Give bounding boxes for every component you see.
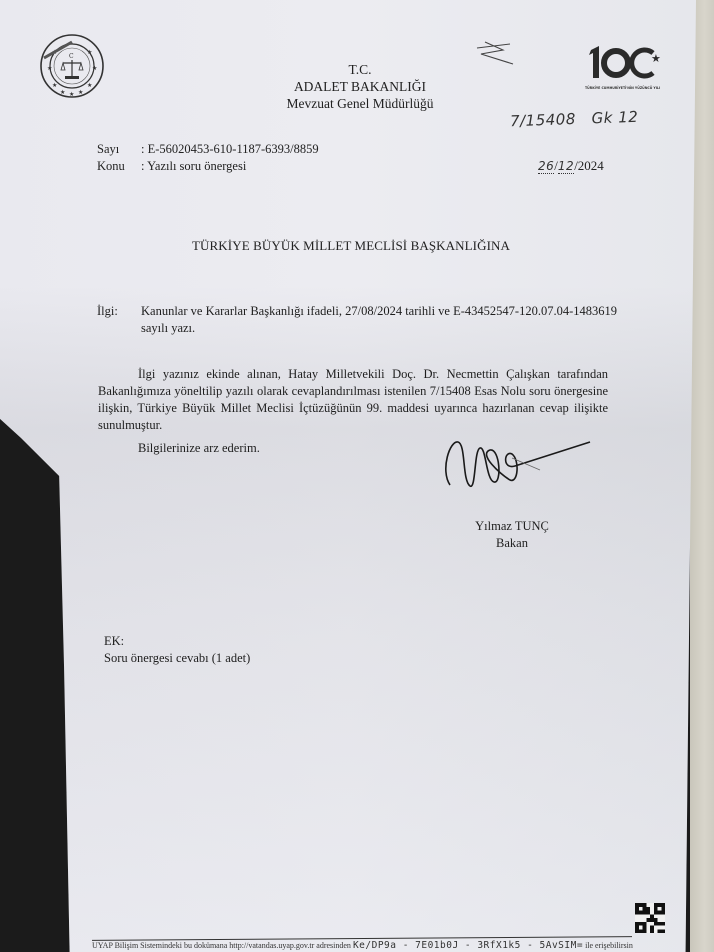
handwritten-reference: 7/15408 Gk 12 bbox=[510, 108, 639, 130]
ilgi-section: İlgi: Kanunlar ve Kararlar Başkanlığı if… bbox=[97, 303, 617, 337]
date-day: 26 bbox=[538, 159, 554, 174]
attachments-label: EK: bbox=[104, 633, 250, 650]
svg-text:★: ★ bbox=[87, 82, 92, 89]
date-year: /2024 bbox=[574, 158, 604, 173]
footer-suffix: ile erişebilirsin bbox=[585, 941, 633, 950]
date-month: 12 bbox=[558, 159, 574, 174]
svg-text:★: ★ bbox=[87, 49, 92, 56]
signatory-name: Yılmaz TUNÇ bbox=[472, 518, 552, 535]
sayi-value: : E-56020453-610-1187-6393/8859 bbox=[141, 142, 319, 156]
document-date: 26/12/2024 bbox=[538, 158, 604, 174]
handwritten-signature-icon bbox=[440, 430, 600, 503]
ilgi-label: İlgi: bbox=[97, 303, 118, 320]
svg-text:★: ★ bbox=[78, 89, 83, 96]
signatory-title: Bakan bbox=[472, 535, 552, 552]
sayi-label: Sayı bbox=[97, 141, 141, 158]
svg-text:★: ★ bbox=[651, 52, 661, 65]
closing-line: Bilgilerinize arz ederim. bbox=[138, 440, 260, 457]
svg-text:★: ★ bbox=[47, 65, 52, 72]
qr-code-icon bbox=[634, 903, 666, 938]
body-paragraph: İlgi yazınız ekinde alınan, Hatay Millet… bbox=[98, 366, 608, 434]
svg-text:C: C bbox=[69, 53, 74, 60]
konu-value: : Yazılı soru önergesi bbox=[141, 159, 246, 173]
letterhead-ministry: ADALET BAKANLIĞI bbox=[230, 78, 490, 95]
svg-text:★: ★ bbox=[60, 89, 65, 96]
footer-code: Ke/DP9a - 7E01b0J - 3RfX1k5 - 5AvSIM= bbox=[353, 940, 583, 951]
centennial-caption: TÜRKİYE CUMHURİYETİ'NİN YÜZÜNCÜ YILI bbox=[585, 86, 670, 90]
addressee: TÜRKİYE BÜYÜK MİLLET MECLİSİ BAŞKANLIĞIN… bbox=[192, 238, 510, 254]
konu-label: Konu bbox=[97, 158, 141, 175]
letterhead-directorate: Mevzuat Genel Müdürlüğü bbox=[230, 95, 490, 112]
svg-text:★: ★ bbox=[52, 82, 57, 89]
footer-verification: UYAP Bilişim Sistemindeki bu dokümana ht… bbox=[92, 940, 633, 951]
footer-prefix: UYAP Bilişim Sistemindeki bu dokümana ht… bbox=[92, 941, 351, 950]
document-meta: Sayı: E-56020453-610-1187-6393/8859 Konu… bbox=[97, 141, 319, 175]
svg-text:★: ★ bbox=[92, 65, 97, 72]
letterhead-tc: T.C. bbox=[230, 61, 490, 78]
letterhead: T.C. ADALET BAKANLIĞI Mevzuat Genel Müdü… bbox=[230, 61, 490, 112]
svg-text:★: ★ bbox=[69, 91, 74, 98]
ilgi-text: Kanunlar ve Kararlar Başkanlığı ifadeli,… bbox=[141, 303, 617, 337]
attachment-item: Soru önergesi cevabı (1 adet) bbox=[104, 650, 250, 667]
handwritten-mark-icon bbox=[475, 38, 515, 71]
signatory: Yılmaz TUNÇ Bakan bbox=[472, 518, 552, 552]
attachments: EK: Soru önergesi cevabı (1 adet) bbox=[104, 633, 250, 667]
document-page: ★★ ★★ ★★★ ★★ C T.C. ADALET BAKANLIĞI Mev… bbox=[0, 0, 696, 952]
centennial-logo: ★ TÜRKİYE CUMHURİYETİ'NİN YÜZÜNCÜ YILI bbox=[585, 42, 670, 90]
ministry-seal-icon: ★★ ★★ ★★★ ★★ C bbox=[38, 32, 106, 100]
